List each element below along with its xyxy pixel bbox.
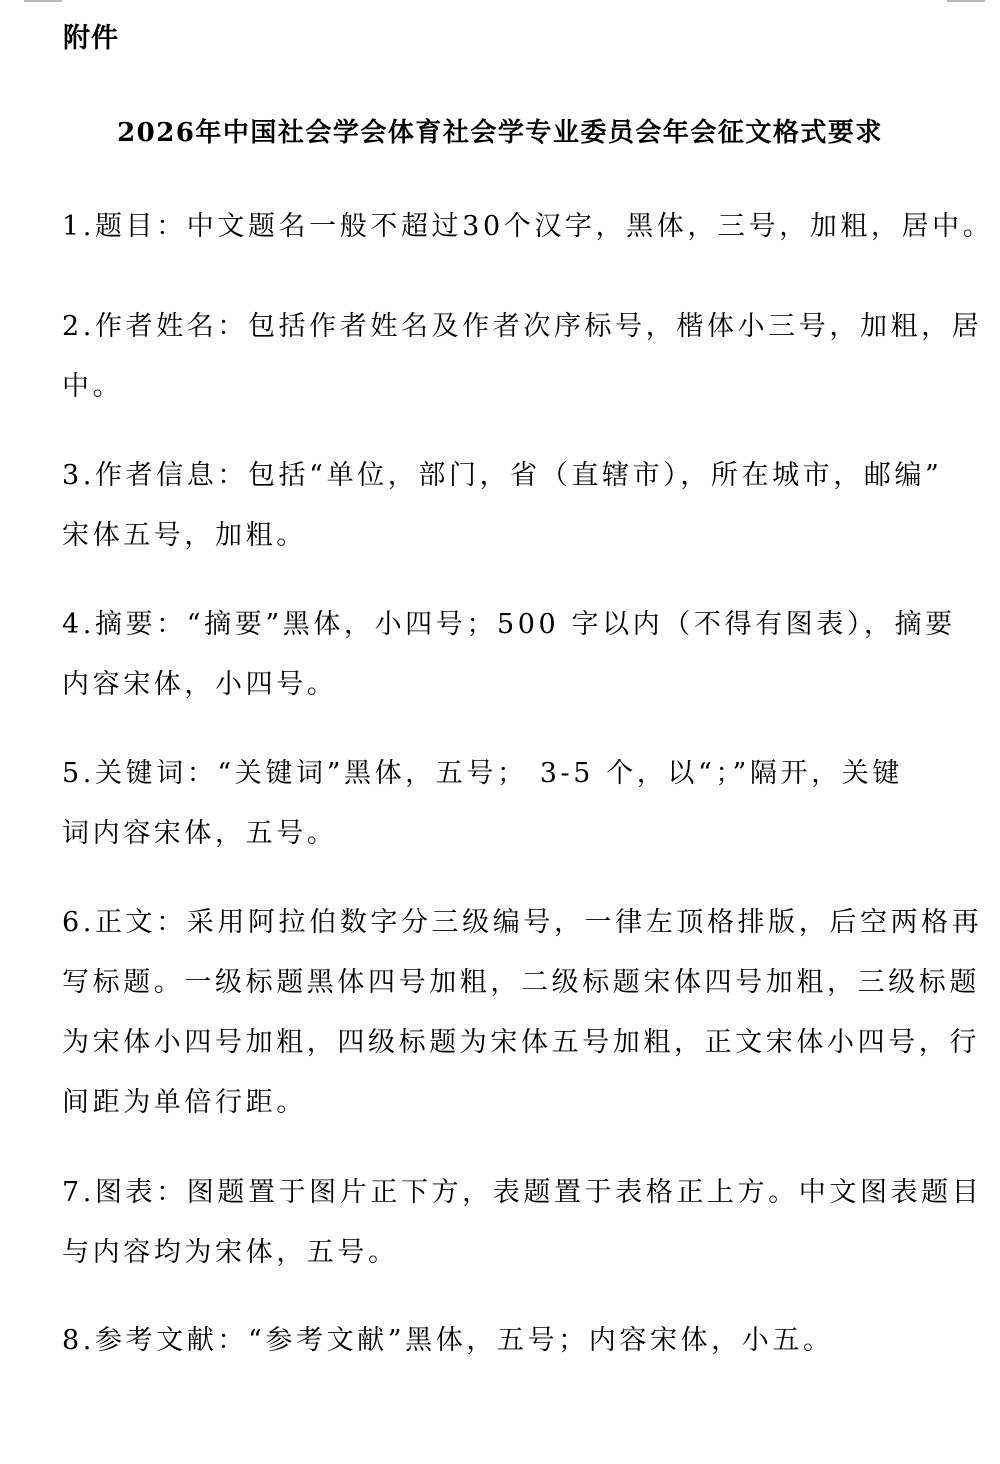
document-title: 2026年中国社会学会体育社会学专业委员会年会征文格式要求 — [0, 112, 1000, 149]
item-line: 5.关键词：“关键词”黑体，五号； 3-5 个，以“；”隔开，关键 — [62, 744, 952, 804]
item-line: 7.图表：图题置于图片正下方，表题置于表格正上方。中文图表题目 — [62, 1163, 952, 1223]
item-line: 3.作者信息：包括“单位，部门，省（直辖市），所在城市，邮编” — [62, 446, 952, 506]
crop-mark-top-right — [947, 0, 985, 2]
requirement-item-8: 8.参考文献：“参考文献”黑体，五号；内容宋体，小五。 — [62, 1311, 952, 1371]
item-line: 8.参考文献：“参考文献”黑体，五号；内容宋体，小五。 — [62, 1311, 952, 1371]
crop-mark-top-left — [24, 0, 62, 2]
item-line: 2.作者姓名：包括作者姓名及作者次序标号，楷体小三号，加粗，居 — [62, 297, 952, 357]
requirement-item-3: 3.作者信息：包括“单位，部门，省（直辖市），所在城市，邮编” 宋体五号，加粗。 — [62, 446, 952, 566]
requirement-item-1: 1.题目：中文题名一般不超过30个汉字，黑体，三号，加粗，居中。 — [62, 197, 952, 257]
requirement-item-2: 2.作者姓名：包括作者姓名及作者次序标号，楷体小三号，加粗，居 中。 — [62, 297, 952, 417]
item-line: 写标题。一级标题黑体四号加粗，二级标题宋体四号加粗，三级标题 — [62, 953, 952, 1013]
attachment-label: 附件 — [63, 16, 119, 55]
item-line: 中。 — [62, 357, 952, 417]
item-line: 内容宋体，小四号。 — [62, 655, 952, 715]
requirement-item-7: 7.图表：图题置于图片正下方，表题置于表格正上方。中文图表题目 与内容均为宋体，… — [62, 1163, 952, 1283]
requirement-item-4: 4.摘要：“摘要”黑体，小四号；500 字以内（不得有图表），摘要 内容宋体，小… — [62, 595, 952, 715]
item-line: 4.摘要：“摘要”黑体，小四号；500 字以内（不得有图表），摘要 — [62, 595, 952, 655]
item-line: 与内容均为宋体，五号。 — [62, 1223, 952, 1283]
item-line: 词内容宋体，五号。 — [62, 804, 952, 864]
item-line: 1.题目：中文题名一般不超过30个汉字，黑体，三号，加粗，居中。 — [62, 197, 952, 257]
item-line: 间距为单倍行距。 — [62, 1073, 952, 1133]
item-line: 6.正文：采用阿拉伯数字分三级编号，一律左顶格排版，后空两格再 — [62, 893, 952, 953]
item-line: 为宋体小四号加粗，四级标题为宋体五号加粗，正文宋体小四号，行 — [62, 1013, 952, 1073]
requirement-item-6: 6.正文：采用阿拉伯数字分三级编号，一律左顶格排版，后空两格再 写标题。一级标题… — [62, 893, 952, 1133]
item-line: 宋体五号，加粗。 — [62, 506, 952, 566]
requirement-item-5: 5.关键词：“关键词”黑体，五号； 3-5 个，以“；”隔开，关键 词内容宋体，… — [62, 744, 952, 864]
